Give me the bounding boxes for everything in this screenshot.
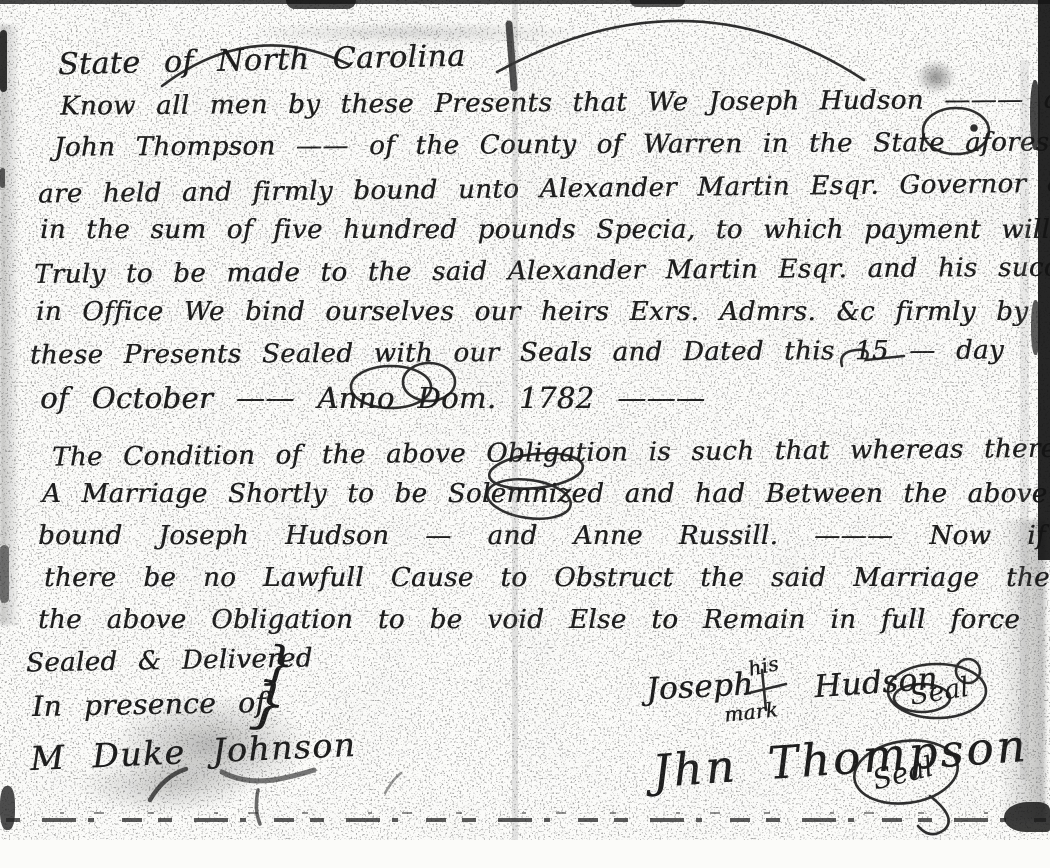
his-mark-label-top: his: [746, 653, 780, 679]
scan-edge-left: [0, 168, 5, 188]
document-line: A Marriage Shortly to be Solemnized and …: [42, 481, 1047, 507]
document-line: are held and firmly bound unto Alexander…: [38, 171, 1050, 208]
scan-edge-blob: [286, 0, 356, 9]
scanned-document-page: State of North Carolina Know all men by …: [0, 0, 1050, 868]
scan-edge-left: [0, 545, 9, 603]
document-line: in Office We bind ourselves our heirs Ex…: [36, 299, 1050, 325]
document-line: Truly to be made to the said Alexander M…: [34, 254, 1050, 288]
scan-edge-top: [0, 0, 1050, 4]
document-line: there be no Lawfull Cause to Obstruct th…: [44, 565, 1050, 591]
document-line: John Thompson —— of the County of Warren…: [54, 129, 1050, 160]
paper-stain: [0, 25, 20, 625]
document-line: The Condition of the above Obligation is…: [52, 435, 1050, 470]
pen-stroke: [256, 790, 260, 824]
signature-thompson: Jhn Thompson: [651, 723, 1030, 794]
scan-corner-mark: [0, 786, 15, 830]
fold-line: [512, 0, 518, 840]
scan-corner-mark: [1004, 802, 1050, 832]
his-mark-label-bottom: mark: [723, 699, 779, 725]
document-line: in the sum of five hundred pounds Specia…: [40, 217, 1050, 243]
document-line: bound Joseph Hudson — and Anne Russill. …: [38, 523, 1046, 549]
seal-oval-hudson-loop: [956, 659, 980, 683]
document-line: Know all men by these Presents that We J…: [60, 86, 1050, 119]
fold-line-right: [1020, 60, 1029, 780]
document-line-heading: State of North Carolina: [58, 42, 466, 81]
witness-in-presence-of: In presence of: [32, 689, 266, 721]
document-line: the above Obligation to be void Else to …: [38, 607, 1020, 633]
signature-hudson-last: Hudson: [813, 664, 939, 704]
pen-stroke: [385, 773, 401, 793]
pen-stroke: [150, 769, 186, 800]
scan-edge-blob: [630, 0, 685, 7]
document-line: these Presents Sealed with our Seals and…: [30, 337, 1004, 368]
document-line-date: of October —— Anno Dom. 1782 ———: [40, 384, 705, 413]
witness-signature-johnson: M Duke Johnson: [29, 728, 357, 775]
signature-underline: [222, 770, 314, 781]
pen-flourish-arc: [497, 21, 864, 80]
handwritten-brace: }: [247, 674, 289, 733]
fold-mark: [509, 24, 514, 88]
scan-edge-left: [0, 30, 7, 92]
seal-flourish: [918, 796, 949, 834]
